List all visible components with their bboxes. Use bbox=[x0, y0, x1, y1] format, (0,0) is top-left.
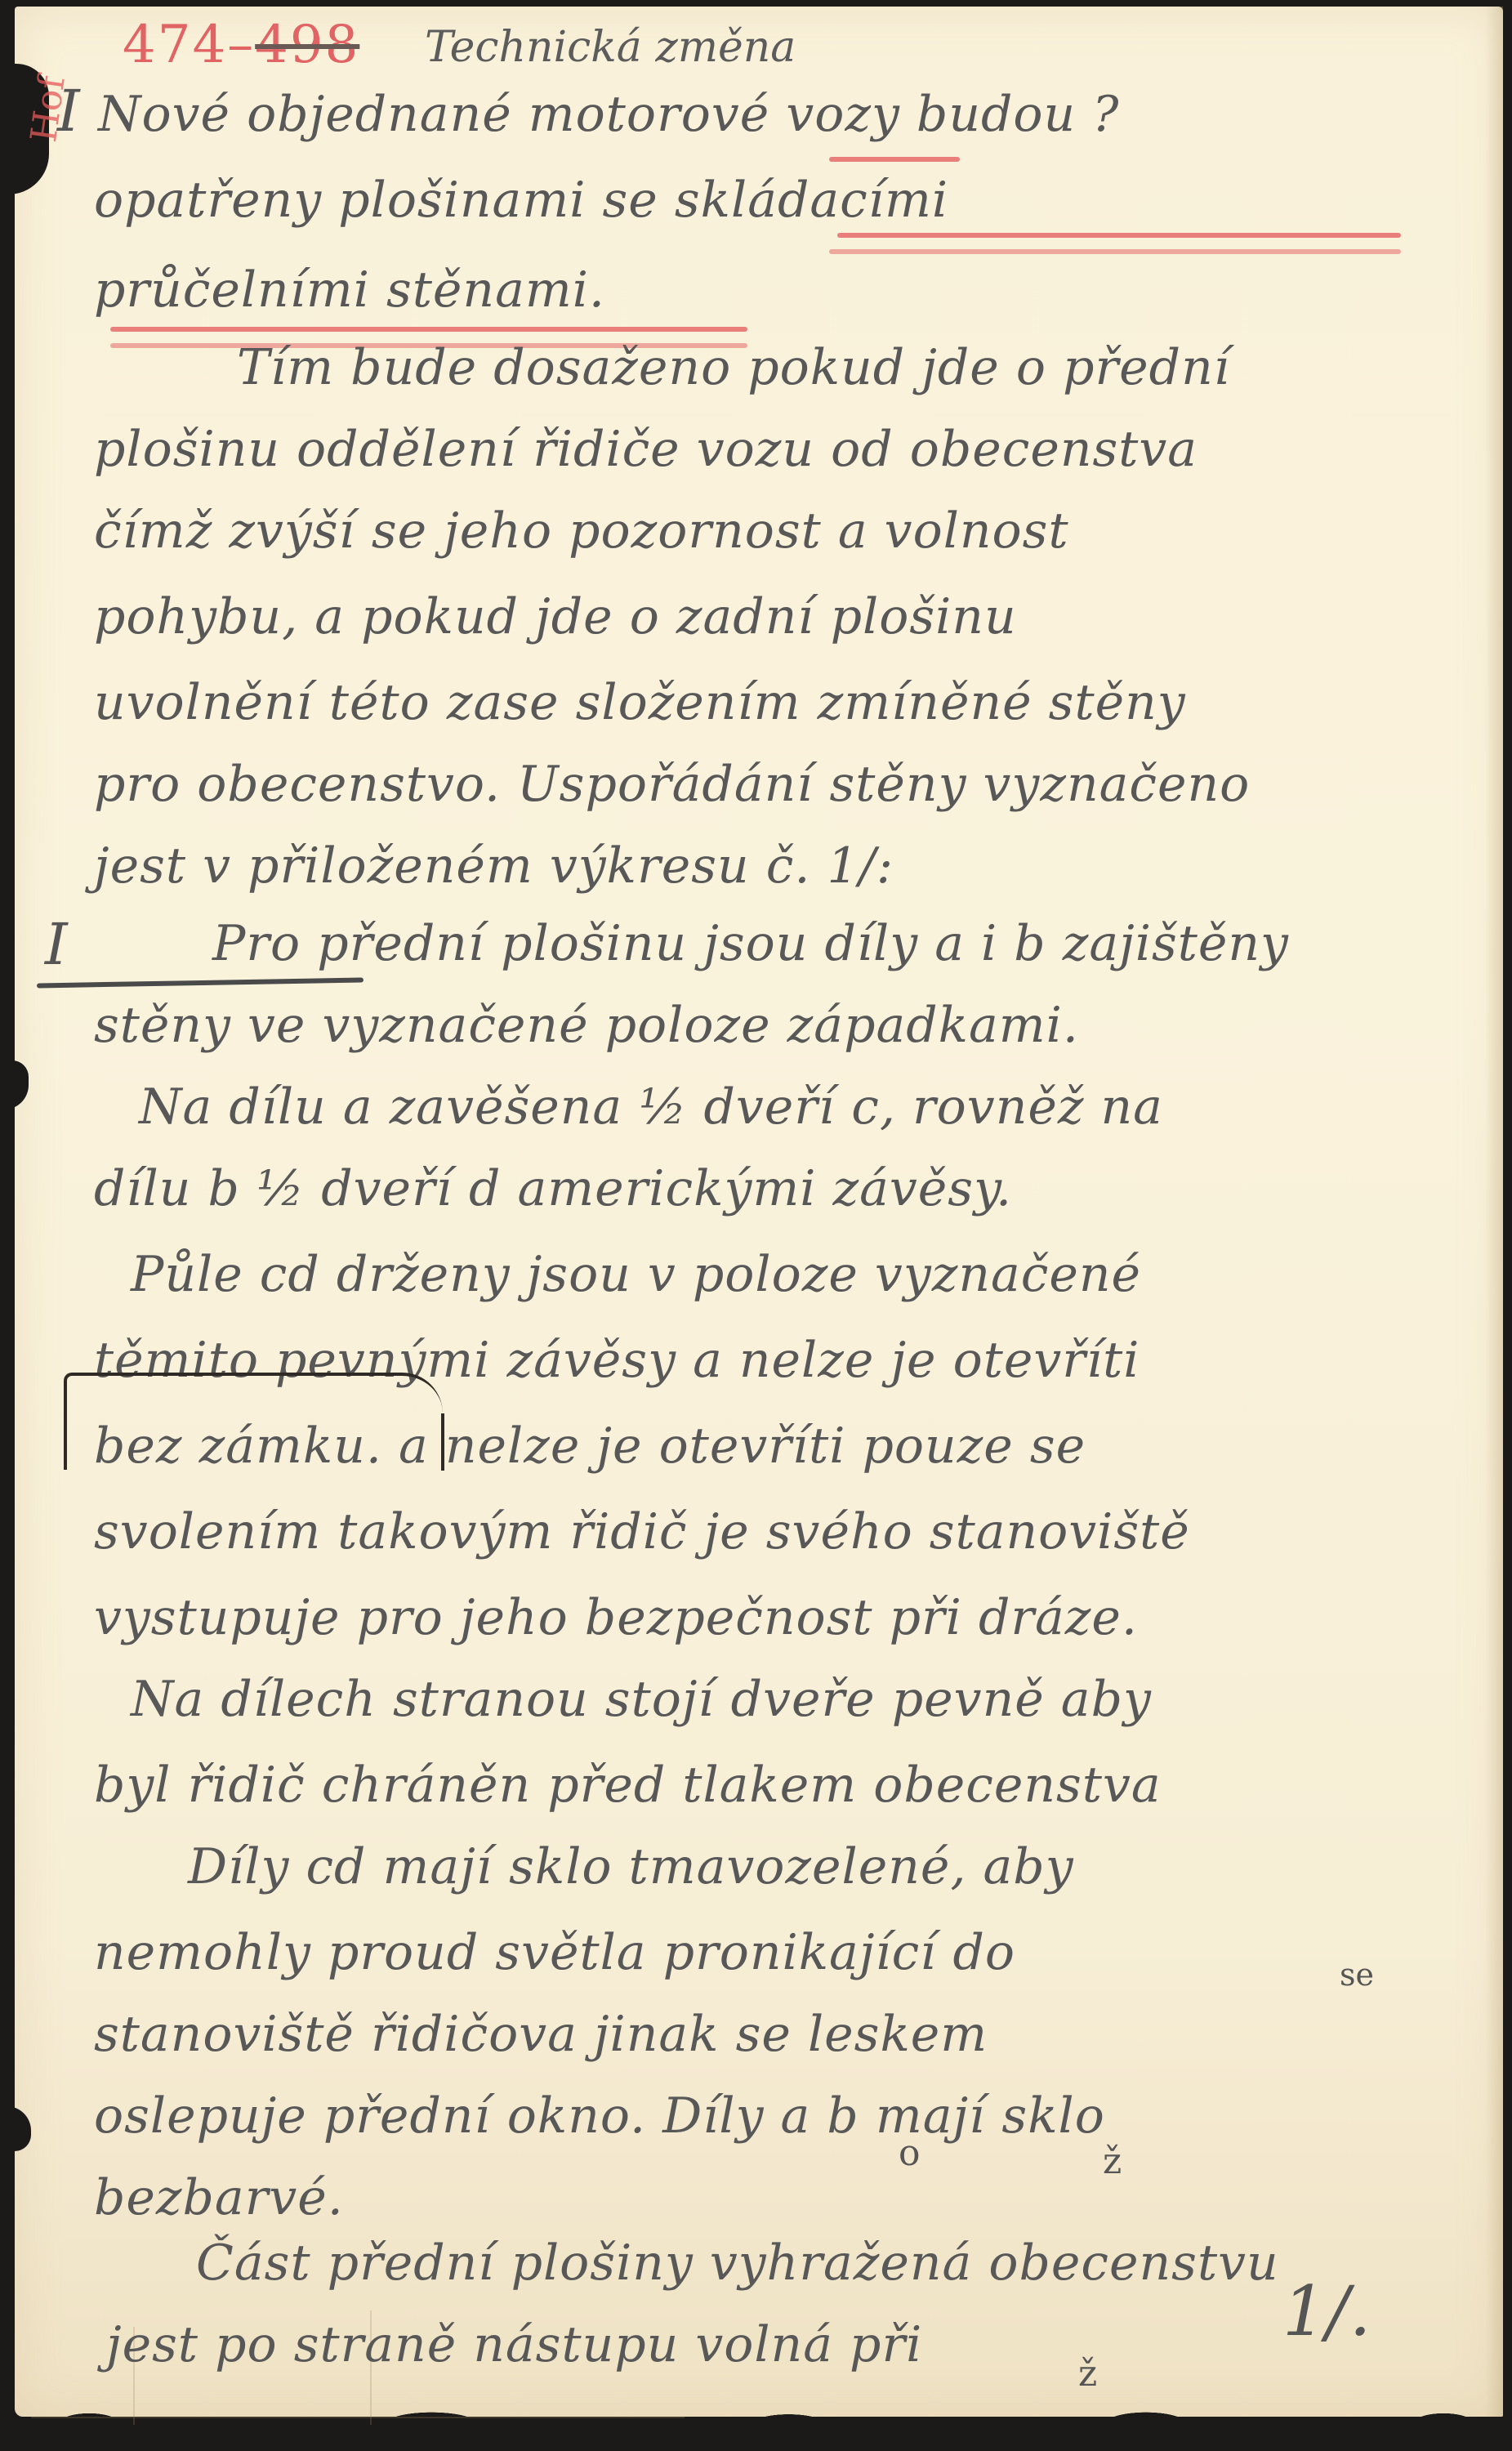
text-line: Půle cd drženy jsou v poloze vyznačené bbox=[131, 1246, 1141, 1303]
text-line: pohybu, a pokud jde o zadní plošinu bbox=[94, 588, 1017, 645]
text-line: vystupuje pro jeho bezpečnost při dráze. bbox=[94, 1589, 1138, 1646]
text-line: Na dílu a zavěšena ½ dveří c, rovněž na bbox=[139, 1078, 1163, 1136]
text-line: dílu b ½ dveří d americkými závěsy. bbox=[94, 1160, 1012, 1217]
insertion-bracket-end bbox=[441, 1413, 444, 1471]
folio-numbers: 474–498 bbox=[123, 15, 359, 75]
insertion-bracket bbox=[64, 1373, 443, 1470]
red-underline bbox=[829, 157, 960, 162]
text-line: Díly cd mají sklo tmavozelené, aby bbox=[188, 1838, 1074, 1895]
margin-mark: ž bbox=[1103, 2141, 1122, 2182]
text-line: pro obecenstvo. Uspořádání stěny vyznače… bbox=[94, 756, 1250, 813]
red-underline bbox=[837, 233, 1401, 238]
text-line: stěny ve vyznačené poloze západkami. bbox=[94, 997, 1079, 1054]
text-line: byl řidič chráněn před tlakem obecenstva bbox=[94, 1757, 1162, 1814]
margin-mark: ž bbox=[1078, 2353, 1097, 2395]
text-line: uvolnění této zase složením zmíněné stěn… bbox=[94, 674, 1186, 731]
text-line: Pro přední plošinu jsou díly a i b zajiš… bbox=[212, 915, 1289, 972]
page-number: 1/. bbox=[1282, 2271, 1371, 2351]
paper-crease bbox=[31, 2417, 685, 2418]
folio-second: 498 bbox=[255, 15, 359, 75]
red-underline bbox=[110, 327, 747, 332]
torn-edge bbox=[0, 2106, 31, 2151]
torn-bottom-edge bbox=[15, 2391, 1503, 2423]
section-mark: I bbox=[45, 911, 68, 978]
torn-edge bbox=[0, 1060, 29, 1109]
insertion-superscript: se bbox=[1340, 1957, 1374, 1993]
text-line: Na dílech stranou stojí dveře pevně aby bbox=[131, 1671, 1152, 1728]
text-line: Část přední plošiny vyhražená obecenstvu bbox=[196, 2234, 1279, 2292]
page-edge bbox=[1485, 7, 1503, 2417]
text-line: Tím bude dosaženo pokud jde o přední bbox=[237, 339, 1230, 396]
text-line: jest v přiloženém výkresu č. 1/: bbox=[94, 837, 894, 895]
text-line: stanoviště řidičova jinak se leskem bbox=[94, 2006, 988, 2063]
text-line: jest po straně nástupu volná při bbox=[106, 2316, 922, 2373]
line-1: Nové objednané motorové vozy budou ? bbox=[98, 86, 1119, 143]
text-line: svolením takovým řidič je svého stanoviš… bbox=[94, 1503, 1190, 1560]
text-line: čímž zvýší se jeho pozornost a volnost bbox=[94, 502, 1069, 560]
document-heading: Technická změna bbox=[425, 23, 796, 72]
text-line: oslepuje přední okno. Díly a b mají sklo bbox=[94, 2087, 1105, 2145]
text-line: průčelními stěnami. bbox=[94, 261, 605, 319]
margin-mark: o bbox=[899, 2132, 921, 2174]
red-underline bbox=[829, 249, 1401, 254]
section-mark: I bbox=[57, 78, 80, 145]
text-line: bezbarvé. bbox=[94, 2169, 344, 2226]
text-line: nemohly proud světla pronikající do bbox=[94, 1924, 1015, 1981]
text-line: opatřeny plošinami se skládacími bbox=[94, 172, 948, 229]
text-line: plošinu oddělení řidiče vozu od obecenst… bbox=[94, 421, 1198, 478]
text-line: Nové objednané motorové vozy budou ? bbox=[98, 86, 1119, 143]
folio-first: 474 bbox=[123, 15, 227, 75]
